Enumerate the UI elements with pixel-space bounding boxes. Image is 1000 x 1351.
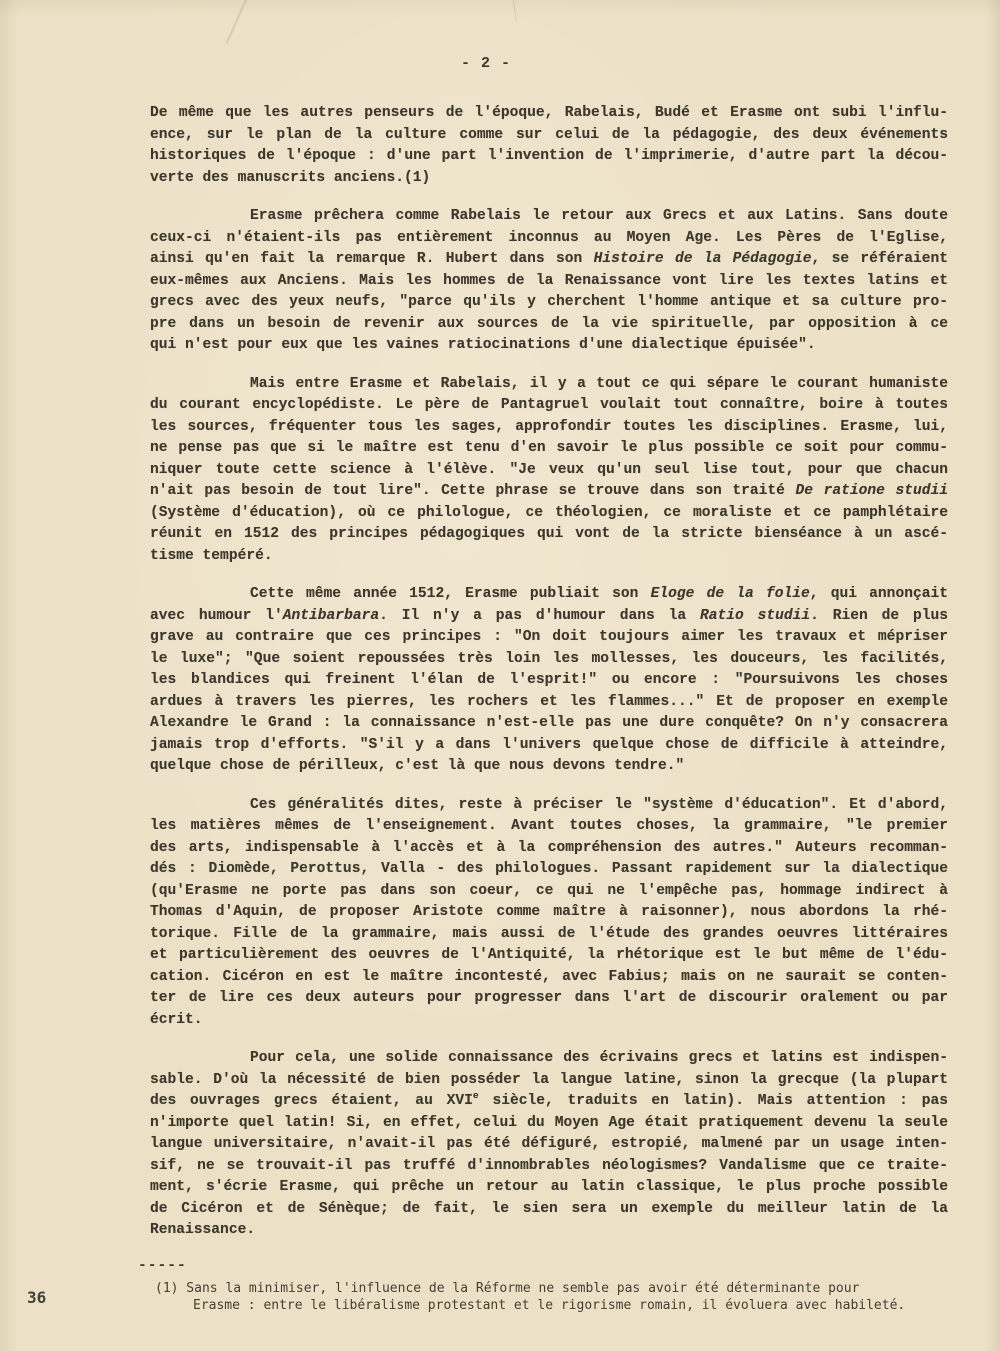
text-line: ter de lire ces deux auteurs pour progre…: [150, 988, 948, 1010]
text-line: écrit.: [150, 1010, 948, 1032]
text-line: verte des manuscrits anciens.(1): [150, 168, 948, 190]
text-line: les matières mêmes de l'enseignement. Av…: [150, 816, 948, 838]
text-run: ainsi qu'en fait la remarque R. Hubert d…: [150, 251, 594, 267]
italic-work-title: Histoire de la Pédagogie: [594, 251, 812, 267]
text-run: verte des manuscrits anciens.(1): [150, 170, 430, 186]
text-line: des arts, indispensable à l'accès et à l…: [150, 838, 948, 860]
text-line: jamais trop d'efforts. "S'il y a dans l'…: [150, 735, 948, 757]
text-run: des ouvrages grecs étaient, au XVI: [150, 1093, 473, 1109]
separator-dashes: -----: [0, 1259, 1000, 1275]
text-line: eux-mêmes aux Anciens. Mais les hommes d…: [150, 271, 948, 293]
text-line: quelque chose de périlleux, c'est là que…: [150, 756, 948, 778]
text-run: De même que les autres penseurs de l'épo…: [150, 105, 948, 121]
paragraph: Mais entre Erasme et Rabelais, il y a to…: [150, 374, 948, 568]
text-run: ment, s'écrie Erasme, qui prêche un reto…: [150, 1179, 948, 1195]
text-line: cation. Cicéron en est le maître inconte…: [150, 967, 948, 989]
text-line: les blandices qui freinent l'élan de l'e…: [150, 670, 948, 692]
text-line: grecs avec des yeux neufs, "parce qu'ils…: [150, 292, 948, 314]
text-line: Ces généralités dites, reste à préciser …: [150, 795, 948, 817]
text-run: Ces généralités dites, reste à préciser …: [250, 797, 948, 813]
italic-work-title: Ratio studii: [700, 608, 810, 624]
text-run: cation. Cicéron en est le maître inconte…: [150, 969, 948, 985]
text-run: Erasme prêchera comme Rabelais le retour…: [250, 208, 948, 224]
text-line: sif, ne se trouvait-il pas truffé d'inno…: [150, 1156, 948, 1178]
text-line: les sources, fréquenter tous les sages, …: [150, 417, 948, 439]
text-line: avec humour l'Antibarbara. Il n'y a pas …: [150, 606, 948, 628]
text-run: grecs avec des yeux neufs, "parce qu'ils…: [150, 294, 948, 310]
text-run: ter de lire ces deux auteurs pour progre…: [150, 990, 948, 1006]
text-run: réunit en 1512 des principes pédagogique…: [150, 526, 948, 542]
text-line: (qu'Erasme ne porte pas dans son coeur, …: [150, 881, 948, 903]
text-run: les sources, fréquenter tous les sages, …: [150, 419, 948, 435]
typed-text-body: De même que les autres penseurs de l'épo…: [0, 103, 1000, 1242]
text-run: (qu'Erasme ne porte pas dans son coeur, …: [150, 883, 948, 899]
text-run: siècle, traduits en latin). Mais attenti…: [479, 1093, 948, 1109]
text-line: qui n'est pour eux que les vaines ratioc…: [150, 335, 948, 357]
text-line: ceux-ci n'étaient-ils pas entièrement in…: [150, 228, 948, 250]
text-line: tisme tempéré.: [150, 546, 948, 568]
paragraph: Erasme prêchera comme Rabelais le retour…: [150, 206, 948, 357]
text-line: de Cicéron et de Sénèque; de fait, le si…: [150, 1199, 948, 1221]
text-line: des ouvrages grecs étaient, au XVIe sièc…: [150, 1091, 948, 1113]
text-run: jamais trop d'efforts. "S'il y a dans l'…: [150, 737, 948, 753]
text-run: n'ait pas besoin de tout lire". Cette ph…: [150, 483, 795, 499]
text-line: du courant encyclopédiste. Le père de Pa…: [150, 395, 948, 417]
text-run: historiques de l'époque : d'une part l'i…: [150, 148, 948, 164]
document-page: - 2 - De même que les autres penseurs de…: [0, 0, 1000, 1351]
text-line: ment, s'écrie Erasme, qui prêche un reto…: [150, 1177, 948, 1199]
text-run: Mais entre Erasme et Rabelais, il y a to…: [250, 376, 948, 392]
text-line: n'importe quel latin! Si, en effet, celu…: [150, 1113, 948, 1135]
text-run: Pour cela, une solide connaissance des é…: [250, 1050, 948, 1066]
text-line: (Système d'éducation), où ce philologue,…: [150, 503, 948, 525]
text-run: ceux-ci n'étaient-ils pas entièrement in…: [150, 230, 948, 246]
text-line: Erasme prêchera comme Rabelais le retour…: [150, 206, 948, 228]
text-run: les matières mêmes de l'enseignement. Av…: [150, 818, 948, 834]
text-line: ne pense pas que si le maître est tenu d…: [150, 438, 948, 460]
text-line: pre dans un besoin de revenir aux source…: [150, 314, 948, 336]
text-run: eux-mêmes aux Anciens. Mais les hommes d…: [150, 273, 948, 289]
text-line: Alexandre le Grand : la connaissance n'e…: [150, 713, 948, 735]
italic-work-title: Antibarbara: [283, 608, 379, 624]
text-run: dés : Diomède, Perottus, Valla - des phi…: [150, 861, 948, 877]
text-line: dés : Diomède, Perottus, Valla - des phi…: [150, 859, 948, 881]
text-run: ardues à travers les pierres, les rocher…: [150, 694, 948, 710]
text-line: et particulièrement des oeuvres de l'Ant…: [150, 945, 948, 967]
footnote: (1) Sans la minimiser, l'influence de la…: [0, 1280, 1000, 1314]
text-line: grave au contraire que ces principes : "…: [150, 627, 948, 649]
paragraph: Ces généralités dites, reste à préciser …: [150, 795, 948, 1032]
text-run: ne pense pas que si le maître est tenu d…: [150, 440, 948, 456]
text-run: les blandices qui freinent l'élan de l'e…: [150, 672, 948, 688]
text-line: De même que les autres penseurs de l'épo…: [150, 103, 948, 125]
text-line: réunit en 1512 des principes pédagogique…: [150, 524, 948, 546]
footnote-line: (1) Sans la minimiser, l'influence de la…: [155, 1280, 960, 1297]
text-run: de Cicéron et de Sénèque; de fait, le si…: [150, 1201, 948, 1217]
text-line: sable. D'où la nécessité de bien posséde…: [150, 1070, 948, 1092]
text-run: (Système d'éducation), où ce philologue,…: [150, 505, 948, 521]
text-line: niquer toute cette science à l'élève. "J…: [150, 460, 948, 482]
text-line: ardues à travers les pierres, les rocher…: [150, 692, 948, 714]
italic-work-title: De ratione studii: [795, 483, 948, 499]
text-run: avec humour l': [150, 608, 283, 624]
text-run: , se référaient: [811, 251, 948, 267]
text-line: ence, sur le plan de la culture comme su…: [150, 125, 948, 147]
text-run: ence, sur le plan de la culture comme su…: [150, 127, 948, 143]
page-number-corner: 36: [27, 1288, 46, 1307]
text-line: torique. Fille de la grammaire, mais aus…: [150, 924, 948, 946]
text-line: Renaissance.: [150, 1220, 948, 1242]
text-line: n'ait pas besoin de tout lire". Cette ph…: [150, 481, 948, 503]
text-run: quelque chose de périlleux, c'est là que…: [150, 758, 684, 774]
text-line: historiques de l'époque : d'une part l'i…: [150, 146, 948, 168]
text-run: . Il n'y a pas d'humour dans la: [379, 608, 700, 624]
text-run: langue universitaire, n'avait-il pas été…: [150, 1136, 948, 1152]
text-line: langue universitaire, n'avait-il pas été…: [150, 1134, 948, 1156]
text-run: tisme tempéré.: [150, 548, 273, 564]
footnote-line: Erasme : entre le libéralisme protestant…: [155, 1297, 960, 1314]
text-line: Thomas d'Aquin, de proposer Aristote com…: [150, 902, 948, 924]
text-line: ainsi qu'en fait la remarque R. Hubert d…: [150, 249, 948, 271]
paragraph: Pour cela, une solide connaissance des é…: [150, 1048, 948, 1242]
text-line: Mais entre Erasme et Rabelais, il y a to…: [150, 374, 948, 396]
paragraph: Cette même année 1512, Erasme publiait s…: [150, 584, 948, 778]
text-run: , qui annonçait: [810, 586, 948, 602]
text-line: Cette même année 1512, Erasme publiait s…: [150, 584, 948, 606]
text-run: n'importe quel latin! Si, en effet, celu…: [150, 1115, 948, 1131]
text-run: sif, ne se trouvait-il pas truffé d'inno…: [150, 1158, 948, 1174]
paragraph: De même que les autres penseurs de l'épo…: [150, 103, 948, 189]
text-run: Thomas d'Aquin, de proposer Aristote com…: [150, 904, 948, 920]
text-run: Alexandre le Grand : la connaissance n'e…: [150, 715, 948, 731]
italic-work-title: Eloge de la folie: [651, 586, 810, 602]
text-run: pre dans un besoin de revenir aux source…: [150, 316, 948, 332]
text-run: sable. D'où la nécessité de bien posséde…: [150, 1072, 948, 1088]
text-run: le luxe"; "Que soient repoussées très lo…: [150, 651, 948, 667]
text-run: grave au contraire que ces principes : "…: [150, 629, 948, 645]
text-run: torique. Fille de la grammaire, mais aus…: [150, 926, 948, 942]
text-run: et particulièrement des oeuvres de l'Ant…: [150, 947, 948, 963]
text-run: Cette même année 1512, Erasme publiait s…: [250, 586, 651, 602]
text-run: . Rien de plus: [810, 608, 948, 624]
text-run: du courant encyclopédiste. Le père de Pa…: [150, 397, 948, 413]
text-line: le luxe"; "Que soient repoussées très lo…: [150, 649, 948, 671]
text-run: niquer toute cette science à l'élève. "J…: [150, 462, 948, 478]
text-run: qui n'est pour eux que les vaines ratioc…: [150, 337, 816, 353]
text-run: Renaissance.: [150, 1222, 255, 1238]
text-line: Pour cela, une solide connaissance des é…: [150, 1048, 948, 1070]
page-number-header: - 2 -: [0, 0, 986, 77]
text-run: des arts, indispensable à l'accès et à l…: [150, 840, 948, 856]
text-run: écrit.: [150, 1012, 203, 1028]
